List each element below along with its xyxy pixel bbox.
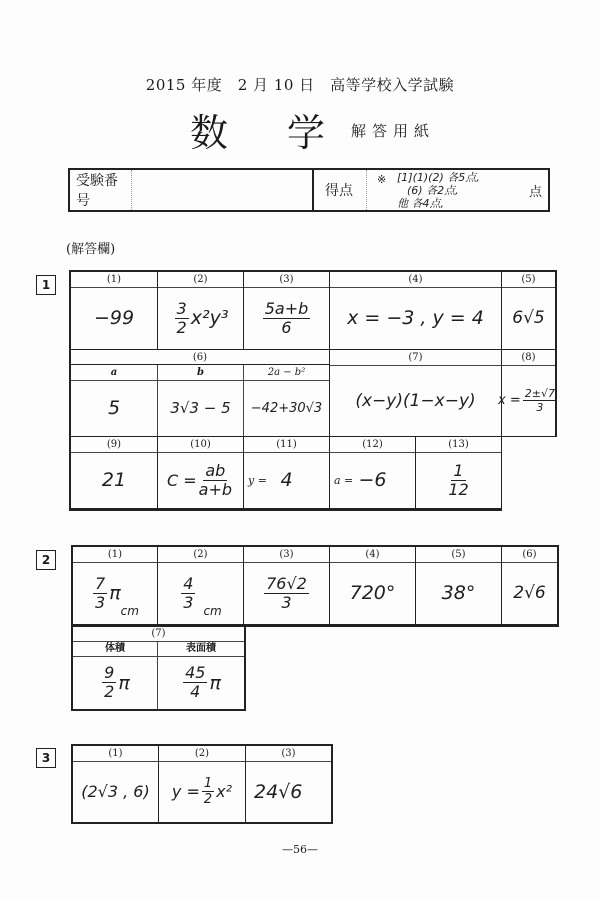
- score-unit: 点: [529, 181, 542, 200]
- question-number-3: 3: [36, 748, 56, 768]
- q2-3-cell[interactable]: (3) 76√23: [244, 547, 330, 625]
- q1-6c-cell[interactable]: 2a − b² −42+30√3: [244, 365, 330, 437]
- q3-3-cell[interactable]: (3) 24√6: [246, 746, 331, 822]
- q2-7-surface-area-cell[interactable]: 表面積 454π: [158, 641, 244, 709]
- q2-grid: (1) 73πcm (2) 43cm (3) 76√23 (4) 720° (5…: [71, 545, 559, 711]
- q2-7-header: (7): [73, 627, 244, 642]
- q3-2-cell[interactable]: (2) y =12x²: [159, 746, 246, 822]
- info-box: 受験番号 得点 ※ [1](1)(2) 各5点, (6) 各2点, 他 各4点,…: [68, 168, 550, 212]
- q1-grid: (1) −99 (2) 32x²y³ (3) 5a+b6 (4) x = −3 …: [69, 270, 557, 511]
- q1-3-cell[interactable]: (3) 5a+b6: [244, 272, 330, 350]
- q1-4-cell[interactable]: (4) x = −3 , y = 4: [330, 272, 502, 350]
- q3-grid: (1) (2√3 , 6) (2) y =12x² (3) 24√6: [71, 744, 333, 824]
- q1-7-cell[interactable]: (7) (x−y)(1−x−y): [330, 350, 502, 437]
- page-number: —56—: [0, 843, 600, 856]
- exam-title-line: 2015 年度 2 月 10 日 高等学校入学試験: [0, 74, 600, 95]
- question-number-2: 2: [36, 550, 56, 570]
- q2-2-cell[interactable]: (2) 43cm: [158, 547, 244, 625]
- question-number-1: 1: [36, 275, 56, 295]
- q1-11-cell[interactable]: (11) y =4: [244, 437, 330, 509]
- q1-6b-cell[interactable]: b 3√3 − 5: [158, 365, 244, 437]
- subject-char-2: 学: [287, 102, 325, 157]
- sheet-label: 解答用紙: [351, 120, 435, 141]
- q2-5-cell[interactable]: (5) 38°: [416, 547, 502, 625]
- answer-section-label: (解答欄): [66, 238, 115, 257]
- q1-6a-cell[interactable]: a 5: [71, 365, 158, 437]
- q2-1-cell[interactable]: (1) 73πcm: [73, 547, 158, 625]
- score-note: [1](1)(2) 各5点, (6) 各2点, 他 各4点,: [397, 171, 480, 210]
- q1-8-cell[interactable]: (8) x =2±√73: [502, 350, 555, 437]
- score-label: 得点: [312, 170, 367, 210]
- score-field[interactable]: ※ [1](1)(2) 各5点, (6) 各2点, 他 各4点, 点: [367, 170, 550, 210]
- q1-12-cell[interactable]: (12) a =−6: [330, 437, 416, 509]
- q1-10-cell[interactable]: (10) C =aba+b: [158, 437, 244, 509]
- q2-4-cell[interactable]: (4) 720°: [330, 547, 416, 625]
- subject-char-1: 数: [190, 102, 228, 157]
- q1-2-cell[interactable]: (2) 32x²y³: [158, 272, 244, 350]
- q3-1-cell[interactable]: (1) (2√3 , 6): [73, 746, 159, 822]
- q1-5-cell[interactable]: (5) 6√5: [502, 272, 555, 350]
- note-mark: ※: [377, 173, 386, 186]
- q2-6-cell[interactable]: (6) 2√6: [502, 547, 557, 625]
- q1-1-cell[interactable]: (1) −99: [71, 272, 158, 350]
- exam-number-field[interactable]: [132, 170, 314, 210]
- q1-13-cell[interactable]: (13) 112: [416, 437, 502, 509]
- q1-6-header: (6): [71, 350, 330, 365]
- q2-7-volume-cell[interactable]: 体積 92π: [73, 641, 158, 709]
- q1-9-cell[interactable]: (9) 21: [71, 437, 158, 509]
- exam-number-label: 受験番号: [70, 170, 132, 210]
